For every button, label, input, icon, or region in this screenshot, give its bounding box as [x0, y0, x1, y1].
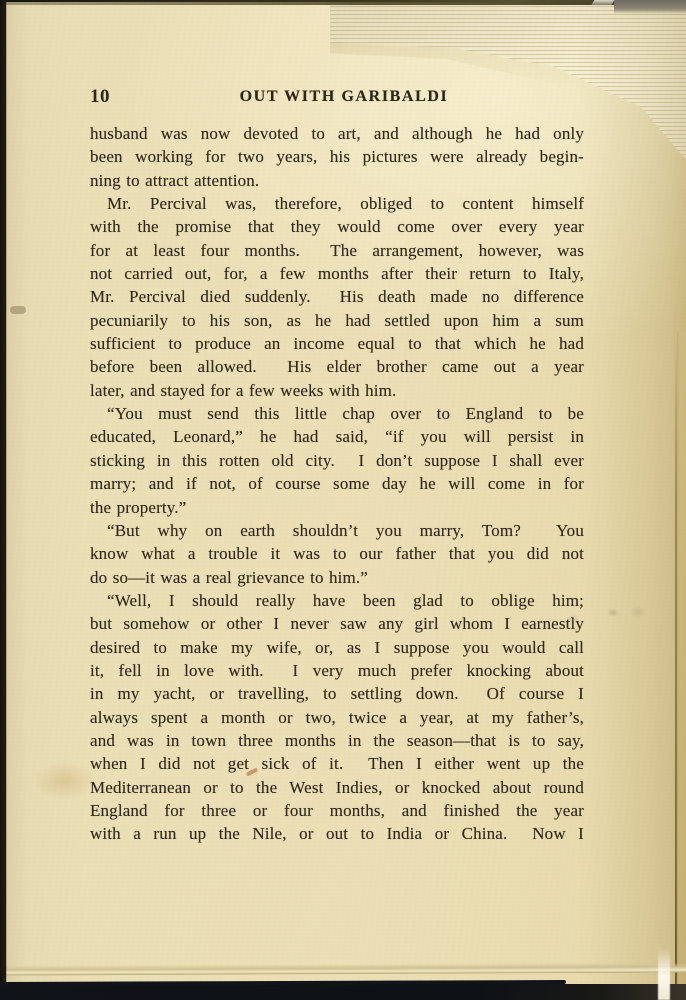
paragraph: Mr. Percival was, therefore, obliged to … — [90, 192, 584, 402]
text-line: sufficient to produce an income equal to… — [90, 332, 584, 355]
text-line: “You must send this little chap over to … — [90, 402, 584, 425]
text-line: Mr. Percival was, therefore, obliged to … — [90, 192, 584, 215]
text-line: been working for two years, his pictures… — [90, 145, 584, 168]
text-line: know what a trouble it was to our father… — [90, 542, 584, 565]
paragraph: “But why on earth shouldn’t you marry, T… — [90, 519, 584, 589]
page-bottom-right-highlight — [658, 948, 670, 1000]
text-line: “Well, I should really have been glad to… — [90, 589, 584, 612]
scanned-page-photo: 10 OUT WITH GARIBALDI husband was now de… — [0, 0, 686, 1000]
text-line: always spent a month or two, twice a yea… — [90, 706, 584, 729]
text-line: Mediterranean or to the West Indies, or … — [90, 776, 584, 799]
text-line: but somehow or other I never saw any gir… — [90, 612, 584, 635]
photo-top-edge — [0, 0, 686, 5]
text-line: it, fell in love with. I very much prefe… — [90, 659, 584, 682]
text-line: with the promise that they would come ov… — [90, 215, 584, 238]
running-title: OUT WITH GARIBALDI — [90, 88, 584, 106]
text-line: pecuniarily to his son, as he had settle… — [90, 309, 584, 332]
text-line: ning to attract attention. — [90, 169, 584, 192]
paragraph: “Well, I should really have been glad to… — [90, 589, 584, 846]
paragraph: “You must send this little chap over to … — [90, 402, 584, 519]
text-line: in my yacht, or travelling, to settling … — [90, 682, 584, 705]
photo-bottom-band — [0, 984, 686, 1000]
paper-stain — [34, 762, 96, 800]
body-text: husband was now devoted to art, and alth… — [90, 122, 584, 846]
photo-top-right-corner — [614, 0, 686, 14]
text-line: desired to make my wife, or, as I suppos… — [90, 636, 584, 659]
text-line: marry; and if not, of course some day he… — [90, 472, 584, 495]
paragraph: husband was now devoted to art, and alth… — [90, 122, 584, 192]
text-line: with a run up the Nile, or out to India … — [90, 822, 584, 845]
text-line: later, and stayed for a few weeks with h… — [90, 379, 584, 402]
page-curvature-shadow — [576, 2, 686, 986]
text-line: and was in town three months in the seas… — [90, 729, 584, 752]
text-line: Mr. Percival died suddenly. His death ma… — [90, 285, 584, 308]
text-line: sticking in this rotten old city. I don’… — [90, 449, 584, 472]
text-line: the property.” — [90, 496, 584, 519]
text-line: husband was now devoted to art, and alth… — [90, 122, 584, 145]
text-line: when I did not get sick of it. Then I ei… — [90, 752, 584, 775]
page-outer-edge — [677, 332, 686, 1000]
text-line: educated, Leonard,” he had said, “if you… — [90, 425, 584, 448]
text-line: not carried out, for, a few months after… — [90, 262, 584, 285]
text-line: do so—it was a real grievance to him.” — [90, 566, 584, 589]
text-line: for at least four months. The arrangemen… — [90, 239, 584, 262]
page-header: 10 OUT WITH GARIBALDI — [90, 86, 584, 110]
text-line: England for three or four months, and fi… — [90, 799, 584, 822]
photo-left-edge — [0, 0, 7, 1000]
text-line: before been allowed. His elder brother c… — [90, 355, 584, 378]
paper-stain — [10, 306, 26, 314]
book-page: 10 OUT WITH GARIBALDI husband was now de… — [6, 2, 686, 986]
text-line: “But why on earth shouldn’t you marry, T… — [90, 519, 584, 542]
